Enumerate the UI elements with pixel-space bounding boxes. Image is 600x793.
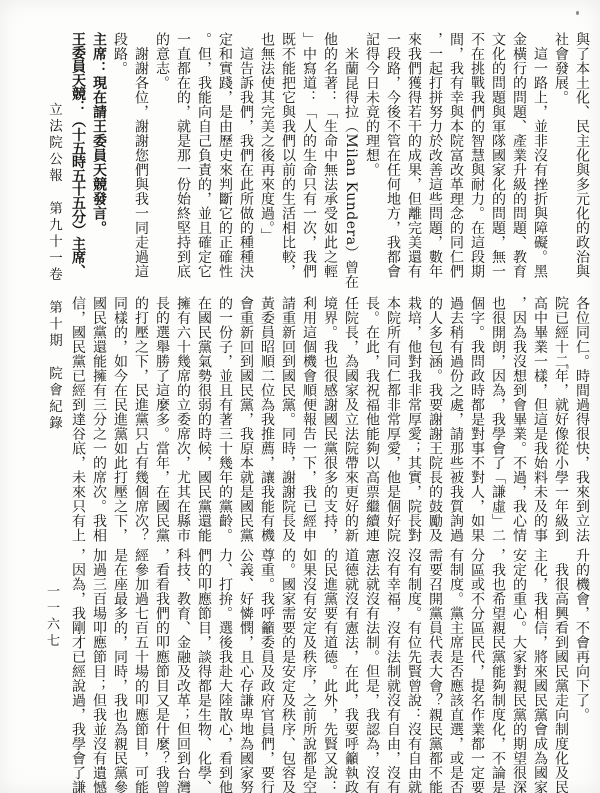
text-column: 既不能把它與我們以前的生活相比較， bbox=[277, 32, 298, 282]
text-column: 境界。我也很感謝國民黨很多的支持， bbox=[319, 296, 340, 546]
text-column: 沒有幸福，沒有法制就沒有自由，沒有 bbox=[382, 548, 403, 793]
text-column: 安定的重心。大家對親民黨的期望很深 bbox=[508, 548, 529, 793]
text-column: 一段路，今後不管在任何地方，我都會 bbox=[382, 32, 403, 282]
text-column: 他的名著：「生命中無法承受如此之輕 bbox=[319, 32, 340, 282]
text-column: 黃委員昭順二位為我推薦，讓我能有機 bbox=[256, 296, 277, 546]
text-column: 主化，我相信，將來國民黨會成為國家 bbox=[529, 548, 550, 793]
text-column: 記得今日未竟的理想。 bbox=[361, 32, 382, 282]
text-column: ，一起打拼努力於改善這些問題，數年 bbox=[424, 32, 445, 282]
text-column: 不在挑戰我們的智慧與耐力。在這段期 bbox=[466, 32, 487, 282]
gazette-page: 立法院公報 第九十一卷 第十期 院會紀錄 一一六七 與了本土化、民主化與多元化的… bbox=[0, 0, 600, 793]
text-column: ，因為我沒想到會畢業。不過，我心情 bbox=[508, 296, 529, 546]
text-column: 各位同仁。時間過得很快，我來到立法 bbox=[571, 296, 592, 546]
text-column: 這一路上，並非沒有挫折與障礙。黑 bbox=[529, 32, 550, 282]
text-column: 長。在此，我祝福他能夠以高票繼續連 bbox=[361, 296, 382, 546]
text-column: 來我們獲得若干的成果，但離完美還有 bbox=[403, 32, 424, 282]
text-column: 的人多包涵。我要謝謝王院長的鼓勵及 bbox=[424, 296, 445, 546]
text-column: 需要召開黨員代表大會？親民黨都不能 bbox=[424, 548, 445, 793]
text-column: 如果沒有安定及秩序，之前所說都是空 bbox=[298, 548, 319, 793]
text-column: 的。國家需要的是安定及秩序、包容及 bbox=[277, 548, 298, 793]
text-column: 在國民黨氣勢很弱的時候，國民黨還能 bbox=[193, 296, 214, 546]
text-column: 也無法使其完美之後再來度過。」 bbox=[256, 32, 277, 282]
text-column: 謝謝各位，謝謝您們與我一同走過這 bbox=[130, 32, 151, 282]
text-column: 公義、好憐憫，且心存謙卑地為國家努 bbox=[235, 548, 256, 793]
text-register-middle: 各位同仁。時間過得很快，我來到立法院已經十二年，就好像從小學一年級到高中畢業一樣… bbox=[65, 296, 592, 546]
text-column: 升的機會，不會再向下了。 bbox=[571, 548, 592, 793]
text-column: 」中寫道：「人的生命只有一次，我們 bbox=[298, 32, 319, 282]
text-register-bottom: 升的機會，不會再向下了。 我很高興看到國民黨走向制度化及民主化，我相信，將來國民… bbox=[65, 548, 592, 793]
text-column: 個字。我問政時都是對事不對人，如果 bbox=[466, 296, 487, 546]
text-column: 。但，我能向自己負責的，並且確定它 bbox=[193, 32, 214, 282]
text-column: 本院所有同仁都非常厚愛，他是個好院 bbox=[382, 296, 403, 546]
text-column: ，看看我們的叩應節目又是什麼？我曾 bbox=[151, 548, 172, 793]
text-column: 與了本土化、民主化與多元化的政治與 bbox=[571, 32, 592, 282]
text-column: 是在座最多的，同時，我也為親民黨參 bbox=[109, 548, 130, 793]
text-column: 有制度。黨主席是否應該直選，或是否 bbox=[445, 548, 466, 793]
text-column: 我很高興看到國民黨走向制度化及民 bbox=[550, 548, 571, 793]
text-column: 會重新回到國民黨，我原本就是國民黨 bbox=[235, 296, 256, 546]
text-column: 段路。 bbox=[109, 32, 130, 282]
text-column: 同樣的，如今在民進黨如此打壓之下， bbox=[109, 296, 130, 546]
text-column: 分區或不分區民代，提名作業都一定要 bbox=[466, 548, 487, 793]
text-column: ，我也希望親民黨能夠制度化，不論是 bbox=[487, 548, 508, 793]
text-column: 力、打拚。選後我赴大陸散心，看到他 bbox=[214, 548, 235, 793]
text-column: 這告訴我們，我們在此所做的種種決 bbox=[235, 32, 256, 282]
text-column: 定和實踐，是由歷史來判斷它的正確性 bbox=[214, 32, 235, 282]
text-column: 道德就沒有憲法，在此，我要呼籲執政 bbox=[340, 548, 361, 793]
text-column: 沒有制度。有位先賢曾說：沒有自由就 bbox=[403, 548, 424, 793]
text-column: 憲法就沒有法制。但是，我認為，沒有 bbox=[361, 548, 382, 793]
text-column: 長的選舉勝了這麼多。當年，在國民黨 bbox=[151, 296, 172, 546]
text-column: 擁有六十幾席的立委席次，尤其在縣市 bbox=[172, 296, 193, 546]
text-column: 高中畢業一樣，但這是我始料未及的事 bbox=[529, 296, 550, 546]
text-column: 一直都在的，就是那一份始終堅持到底 bbox=[172, 32, 193, 282]
text-column: 的意志。 bbox=[151, 32, 172, 282]
text-column: 尊重。我呼籲委員及政府官員們，要行 bbox=[256, 548, 277, 793]
text-column: 院已經十二年，就好像從小學一年級到 bbox=[550, 296, 571, 546]
text-column: 任院長，為國家及立法院帶來更好的新 bbox=[340, 296, 361, 546]
scan-artifact bbox=[566, 365, 569, 369]
text-column: ，因為，我剛才已經說過，我學會了謙 bbox=[67, 548, 88, 793]
text-column: 王委員天競：（十五時五十五分）主席、 bbox=[67, 32, 88, 282]
text-column: 的打壓之下，民進黨只占有幾個席次？ bbox=[130, 296, 151, 546]
text-column: 們的叩應節目，談得都是生物、化學、 bbox=[193, 548, 214, 793]
text-column: 請重新回到國民黨。同時，謝謝院長及 bbox=[277, 296, 298, 546]
text-column: 金橫行的問題、產業升級的問題、教育 bbox=[508, 32, 529, 282]
text-column: 利用這個機會順便報告一下，我已經申 bbox=[298, 296, 319, 546]
text-column: 科技、教育、金融及改革；但回到台灣 bbox=[172, 548, 193, 793]
text-column: 栽培，他對我非常厚愛；其實，院長對 bbox=[403, 296, 424, 546]
text-column: 信，國民黨已經到達谷底，未來只有上 bbox=[67, 296, 88, 546]
gazette-running-header: 立法院公報 第九十一卷 第十期 院會紀錄 bbox=[45, 102, 63, 432]
text-column: 的民進黨要有道德。此外，先賢又說： bbox=[319, 548, 340, 793]
text-column: 過去稍有過份之處，請那些被我質詢過 bbox=[445, 296, 466, 546]
text-column: 的一份子，並且有著三十幾年的黨齡。 bbox=[214, 296, 235, 546]
text-column: 主席：現在請王委員天競發言。 bbox=[88, 32, 109, 282]
text-column: 國民黨還能擁有三分之一的席次。我相 bbox=[88, 296, 109, 546]
text-column: 加過三百場叩應節目；但我並沒有遺憾 bbox=[88, 548, 109, 793]
text-column: 文化的問題與軍隊國家化的問題，無一 bbox=[487, 32, 508, 282]
page-number: 一一六七 bbox=[43, 584, 59, 650]
text-column: 米蘭昆得拉（Milan Kundera）曾在 bbox=[340, 32, 361, 282]
text-column: 經參加過七百五十場的叩應節目，可能 bbox=[130, 548, 151, 793]
text-column: 間，我有幸與本院富改革理念的同仁們 bbox=[445, 32, 466, 282]
text-column: 也很開朗，因為，我學會了「謙虛」二 bbox=[487, 296, 508, 546]
scan-artifact bbox=[576, 11, 579, 15]
text-column: 社會發展。 bbox=[550, 32, 571, 282]
text-register-top: 與了本土化、民主化與多元化的政治與社會發展。 這一路上，並非沒有挫折與障礙。黑金… bbox=[65, 32, 592, 282]
